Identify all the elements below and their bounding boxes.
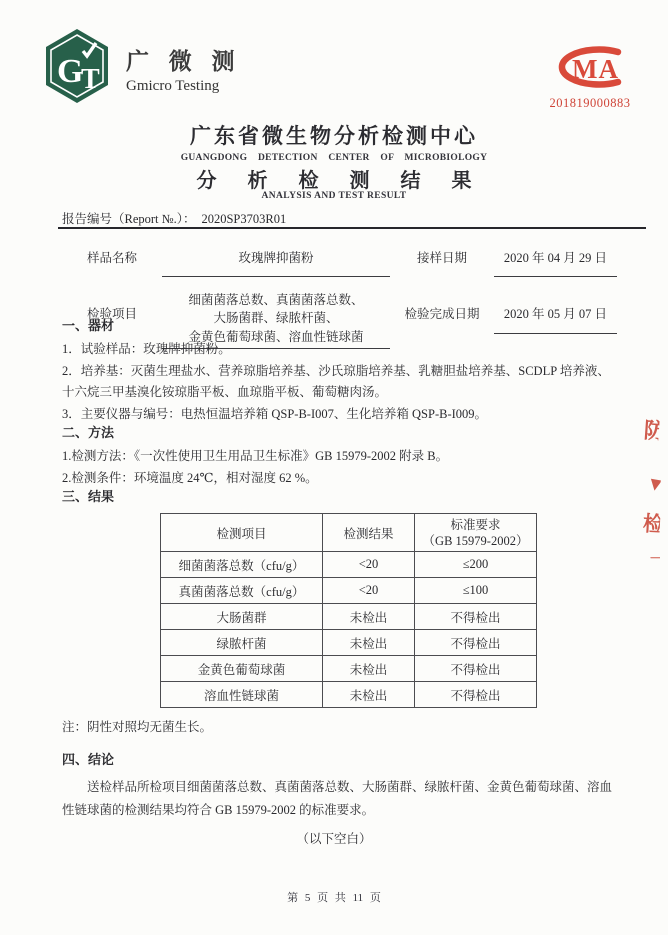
sample-name-value: 玫瑰牌抑菌粉 (162, 237, 390, 277)
riding-seal-fragment-icon: 防 (643, 414, 660, 446)
sample-name-label: 样品名称 (62, 237, 162, 277)
cell-item: 大肠菌群 (161, 604, 323, 630)
test-items-line: 细菌菌落总数、真菌菌落总数、 (188, 291, 363, 310)
cell-result: 未检出 (323, 656, 415, 682)
blank-below-note: （以下空白） (0, 829, 668, 847)
section-conclusion-title: 四、结论 (62, 749, 114, 768)
section-equipment: 一、器材 1．试验样品：玫瑰牌抑菌粉。 2．培养基：灭菌生理盐水、营养琼脂培养基… (62, 315, 618, 425)
table-row: 细菌菌落总数（cfu/g） <20 ≤200 (161, 552, 537, 578)
report-number-value: 2020SP3703R01 (201, 212, 286, 226)
cell-item: 溶血性链球菌 (161, 682, 323, 708)
cell-result: 未检出 (323, 630, 415, 656)
result-table: 检测项目 检测结果 标准要求 （GB 15979-2002） 细菌菌落总数（cf… (160, 513, 537, 708)
report-title-cn: 分 析 检 测 结 果 (0, 164, 668, 193)
org-name-cn: 广东省微生物分析检测中心 (0, 120, 668, 150)
report-title-en: ANALYSIS AND TEST RESULT (0, 191, 668, 201)
method-item: 2.检测条件：环境温度 24℃，相对湿度 62 %。 (62, 468, 618, 490)
received-date-value: 2020 年 04 月 29 日 (494, 237, 617, 277)
riding-seal-fragment-icon: 一 (650, 548, 660, 569)
page-number: 第 5 页 共 11 页 (0, 889, 668, 905)
received-date-label: 接样日期 (390, 237, 494, 277)
table-row: 金黄色葡萄球菌 未检出 不得检出 (161, 656, 537, 682)
method-item: 1.检测方法：《一次性使用卫生用品卫生标准》GB 15979-2002 附录 B… (62, 446, 618, 468)
cell-standard: 不得检出 (415, 604, 537, 630)
cma-mark-icon: MA (546, 77, 634, 94)
org-name-en: GUANGDONG DETECTION CENTER OF MICROBIOLO… (0, 153, 668, 163)
equipment-item: 1．试验样品：玫瑰牌抑菌粉。 (62, 339, 618, 361)
col-header-standard-line2: （GB 15979-2002） (419, 533, 532, 549)
col-header-item: 检测项目 (161, 514, 323, 552)
cell-item: 金黄色葡萄球菌 (161, 656, 323, 682)
cma-cert-number: 201819000883 (540, 96, 640, 111)
cell-standard: 不得检出 (415, 682, 537, 708)
table-row: 溶血性链球菌 未检出 不得检出 (161, 682, 537, 708)
section-equipment-title: 一、器材 (62, 315, 618, 334)
cma-accreditation-stamp: MA 201819000883 (540, 44, 640, 111)
logo-name-cn: 广 微 测 (126, 43, 242, 76)
svg-text:G: G (57, 53, 83, 90)
riding-seal-fragment-icon: ▼ (644, 473, 662, 497)
cell-standard: 不得检出 (415, 656, 537, 682)
col-header-result: 检测结果 (323, 514, 415, 552)
section-method-title: 二、方法 (62, 422, 618, 441)
cell-result: 未检出 (323, 604, 415, 630)
section-method: 二、方法 1.检测方法：《一次性使用卫生用品卫生标准》GB 15979-2002… (62, 422, 618, 489)
riding-seal-fragment-icon: 检 (642, 508, 661, 539)
report-number-label: 报告编号（Report №.）： (62, 212, 195, 226)
section-result-title: 三、结果 (62, 486, 114, 505)
svg-text:T: T (81, 64, 100, 95)
result-note: 注：阴性对照均无菌生长。 (62, 717, 212, 735)
table-row: 绿脓杆菌 未检出 不得检出 (161, 630, 537, 656)
conclusion-text: 送检样品所检项目细菌菌落总数、真菌菌落总数、大肠菌群、绿脓杆菌、金黄色葡萄球菌、… (62, 776, 618, 821)
cell-result: 未检出 (323, 682, 415, 708)
col-header-standard-line1: 标准要求 (419, 517, 532, 533)
cell-standard: ≤200 (415, 552, 537, 578)
table-row: 真菌菌落总数（cfu/g） <20 ≤100 (161, 578, 537, 604)
result-table-header-row: 检测项目 检测结果 标准要求 （GB 15979-2002） (161, 514, 537, 552)
cma-mark-letters: MA (572, 54, 619, 84)
header-divider (58, 227, 646, 229)
cell-item: 真菌菌落总数（cfu/g） (161, 578, 323, 604)
col-header-standard: 标准要求 （GB 15979-2002） (415, 514, 537, 552)
cell-standard: 不得检出 (415, 630, 537, 656)
hexagon-gt-logo-icon: G T (40, 27, 114, 110)
lab-logo: G T 广 微 测 Gmicro Testing (40, 27, 242, 110)
cell-result: <20 (323, 578, 415, 604)
cell-result: <20 (323, 552, 415, 578)
cell-item: 绿脓杆菌 (161, 630, 323, 656)
report-number-line: 报告编号（Report №.）：2020SP3703R01 (62, 209, 286, 227)
cell-standard: ≤100 (415, 578, 537, 604)
cell-item: 细菌菌落总数（cfu/g） (161, 552, 323, 578)
equipment-item: 2．培养基：灭菌生理盐水、营养琼脂培养基、沙氏琼脂培养基、乳糖胆盐培养基、SCD… (62, 361, 618, 404)
logo-name-en: Gmicro Testing (126, 78, 242, 95)
table-row: 大肠菌群 未检出 不得检出 (161, 604, 537, 630)
